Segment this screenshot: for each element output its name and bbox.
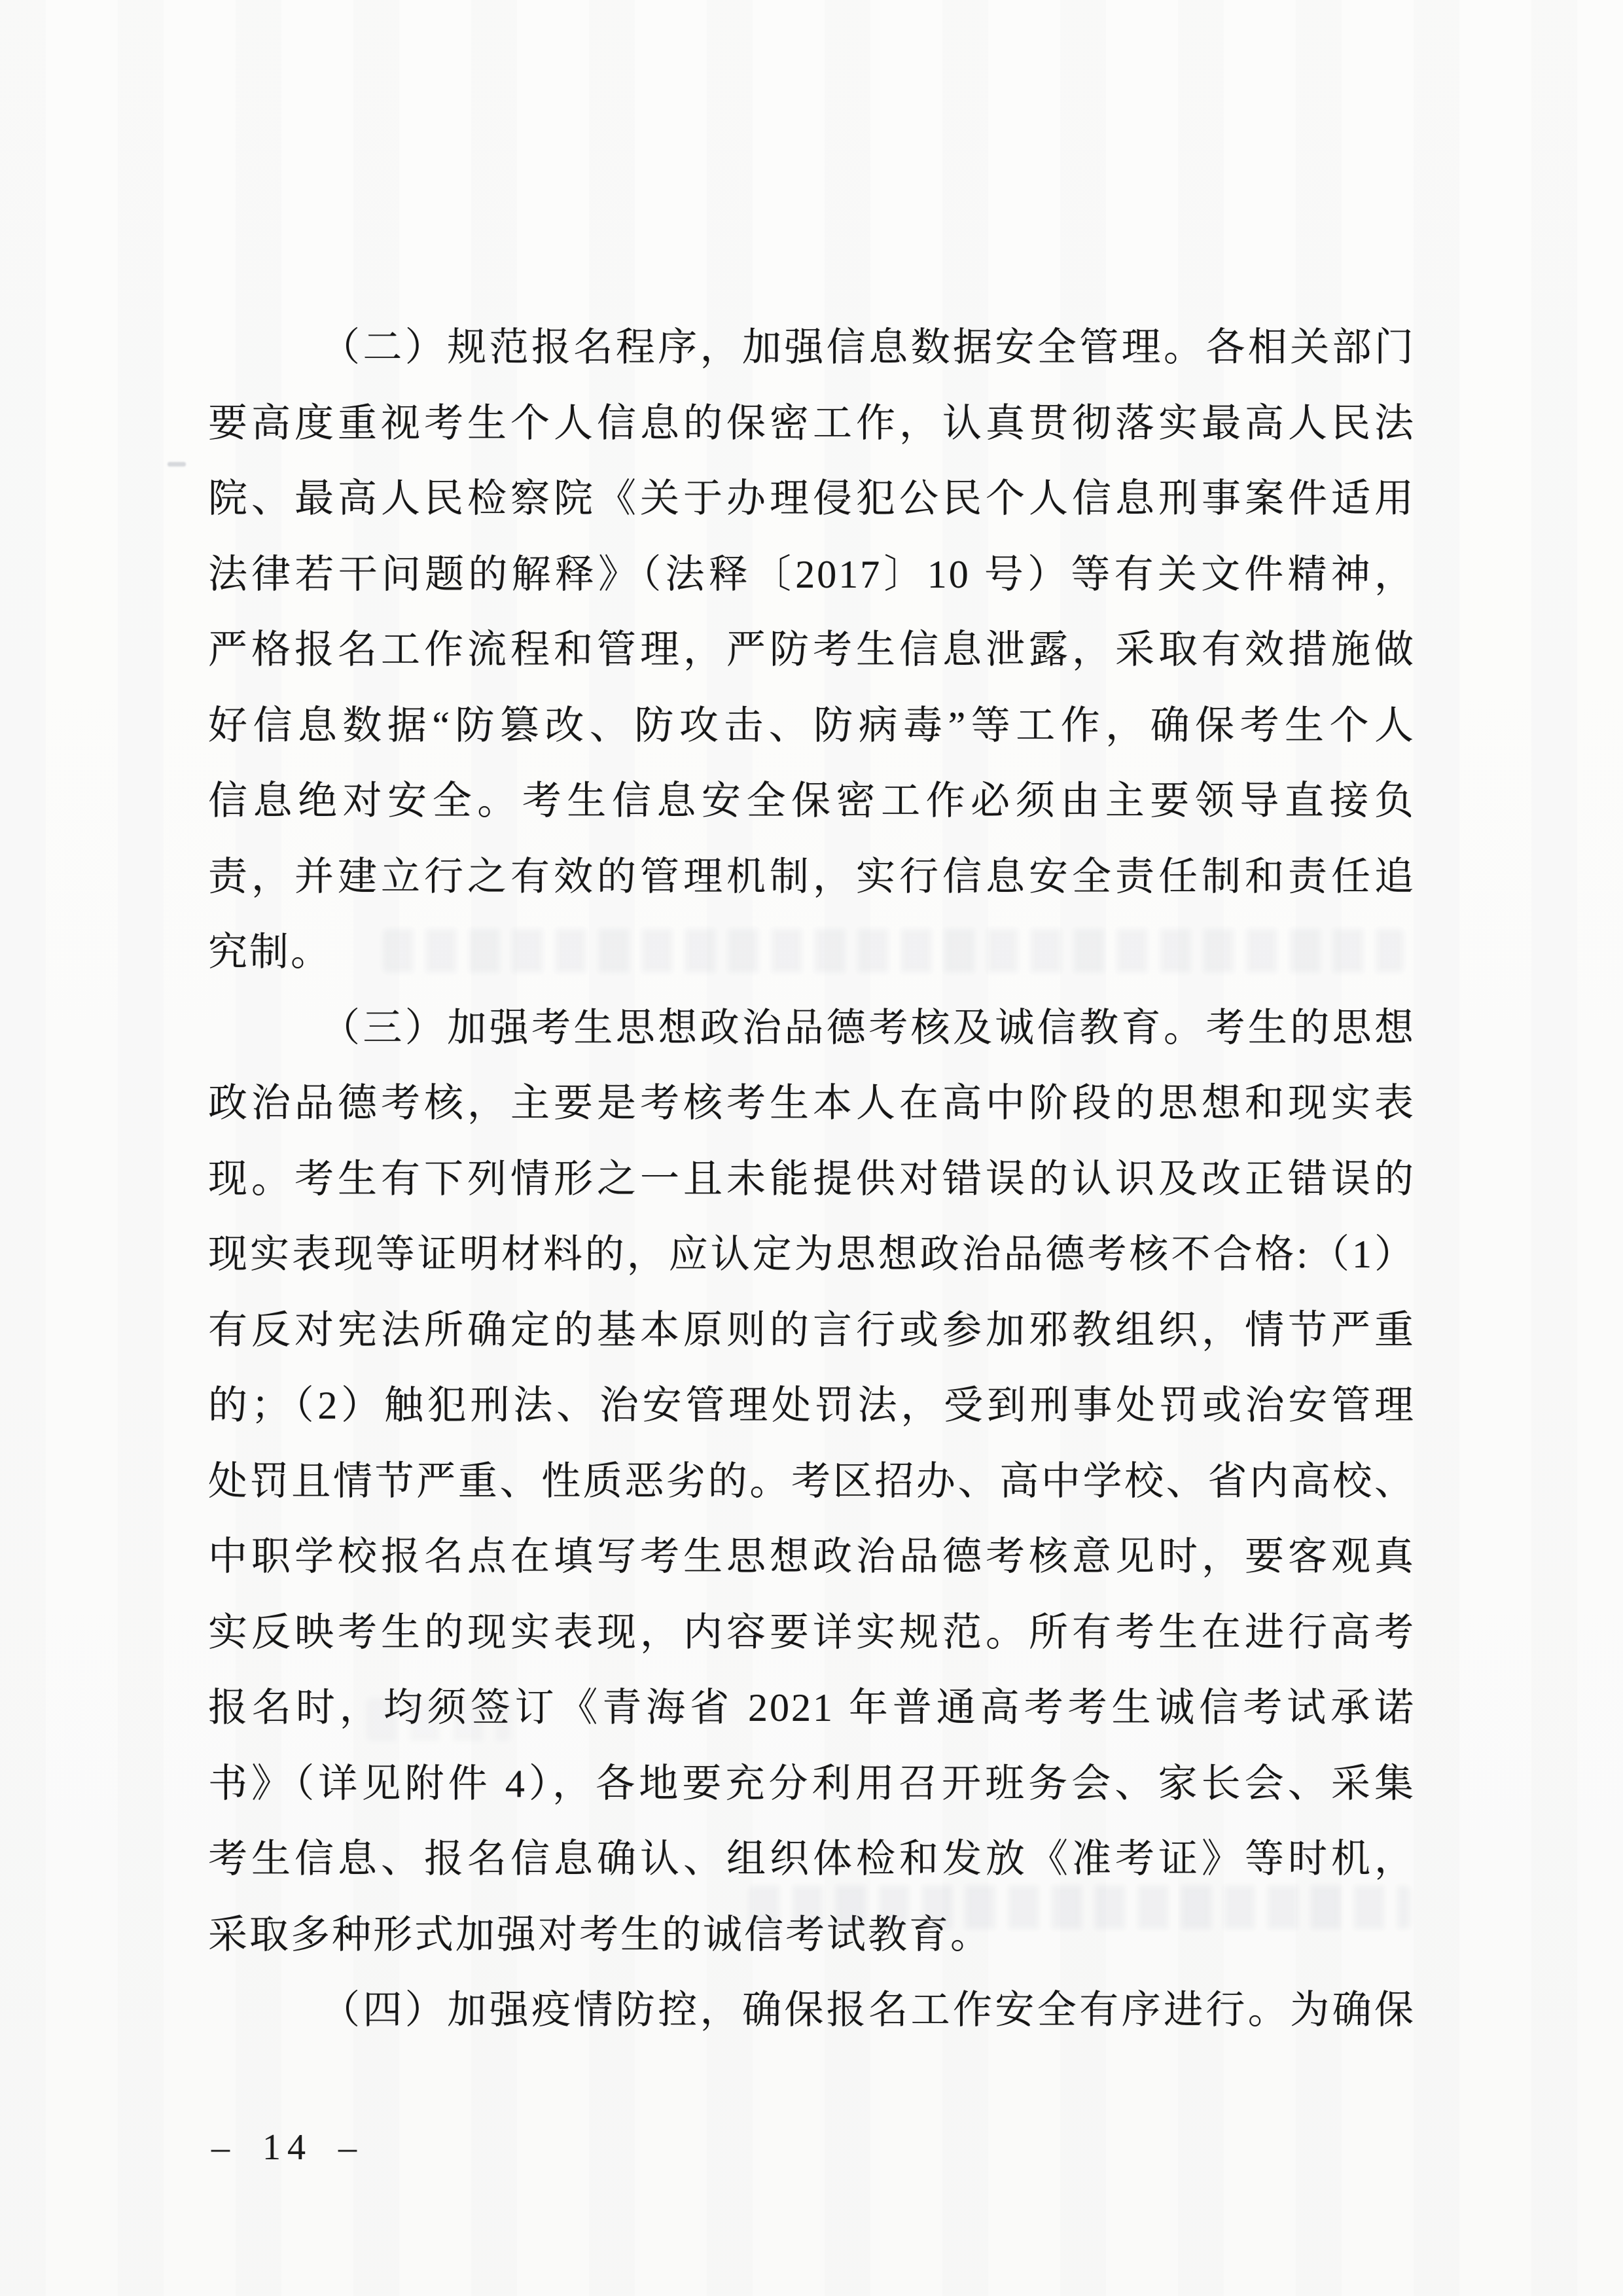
text-line: （三）加强考生思想政治品德考核及诚信教育。考生的思想 xyxy=(208,991,1416,1067)
text-line: 严格报名工作流程和管理，严防考生信息泄露，采取有效措施做 xyxy=(208,612,1416,688)
text-line: 现。考生有下列情形之一且未能提供对错误的认识及改正错误的 xyxy=(208,1142,1416,1218)
text-line: 处罚且情节严重、性质恶劣的。考区招办、高中学校、省内高校、 xyxy=(208,1444,1416,1520)
text-line: 政治品德考核，主要是考核考生本人在高中阶段的思想和现实表 xyxy=(208,1066,1416,1142)
text-line: 信息绝对安全。考生信息安全保密工作必须由主要领导直接负 xyxy=(208,764,1416,839)
text-line: （四）加强疫情防控，确保报名工作安全有序进行。为确保 xyxy=(208,1973,1416,2049)
text-line: 法律若干问题的解释》（法释〔2017〕10 号）等有关文件精神， xyxy=(208,537,1416,613)
text-line: 考生信息、报名信息确认、组织体检和发放《准考证》等时机， xyxy=(208,1822,1416,1898)
text-line: 院、最高人民检察院《关于办理侵犯公民个人信息刑事案件适用 xyxy=(208,461,1416,537)
text-line: 中职学校报名点在填写考生思想政治品德考核意见时，要客观真 xyxy=(208,1519,1416,1595)
text-line: 现实表现等证明材料的，应认定为思想政治品德考核不合格:（1） xyxy=(208,1217,1416,1293)
paragraph-section-3: （三）加强考生思想政治品德考核及诚信教育。考生的思想 政治品德考核，主要是考核考… xyxy=(208,991,1416,1973)
scan-smudge-artifact xyxy=(168,462,186,467)
scanned-document-page: （二）规范报名程序，加强信息数据安全管理。各相关部门 要高度重视考生个人信息的保… xyxy=(0,0,1623,2296)
text-line: （二）规范报名程序，加强信息数据安全管理。各相关部门 xyxy=(208,310,1416,386)
document-body: （二）规范报名程序，加强信息数据安全管理。各相关部门 要高度重视考生个人信息的保… xyxy=(208,310,1416,2049)
text-line: 的；（2）触犯刑法、治安管理处罚法，受到刑事处罚或治安管理 xyxy=(208,1368,1416,1444)
text-line: 好信息数据“防篡改、防攻击、防病毒”等工作，确保考生个人 xyxy=(208,688,1416,764)
text-line: 责，并建立行之有效的管理机制，实行信息安全责任制和责任追 xyxy=(208,839,1416,915)
text-line: 有反对宪法所确定的基本原则的言行或参加邪教组织，情节严重 xyxy=(208,1293,1416,1369)
text-line: 书》（详见附件 4），各地要充分利用召开班务会、家长会、采集 xyxy=(208,1746,1416,1822)
paragraph-section-2: （二）规范报名程序，加强信息数据安全管理。各相关部门 要高度重视考生个人信息的保… xyxy=(208,310,1416,991)
text-line: 实反映考生的现实表现，内容要详实规范。所有考生在进行高考 xyxy=(208,1595,1416,1671)
text-line: 究制。 xyxy=(208,915,1416,991)
text-line: 报名时，均须签订《青海省 2021 年普通高考考生诚信考试承诺 xyxy=(208,1670,1416,1746)
text-line: 采取多种形式加强对考生的诚信考试教育。 xyxy=(208,1898,1416,1973)
text-line: 要高度重视考生个人信息的保密工作，认真贯彻落实最高人民法 xyxy=(208,386,1416,462)
page-number: – 14 – xyxy=(211,2127,363,2168)
paragraph-section-4: （四）加强疫情防控，确保报名工作安全有序进行。为确保 xyxy=(208,1973,1416,2049)
